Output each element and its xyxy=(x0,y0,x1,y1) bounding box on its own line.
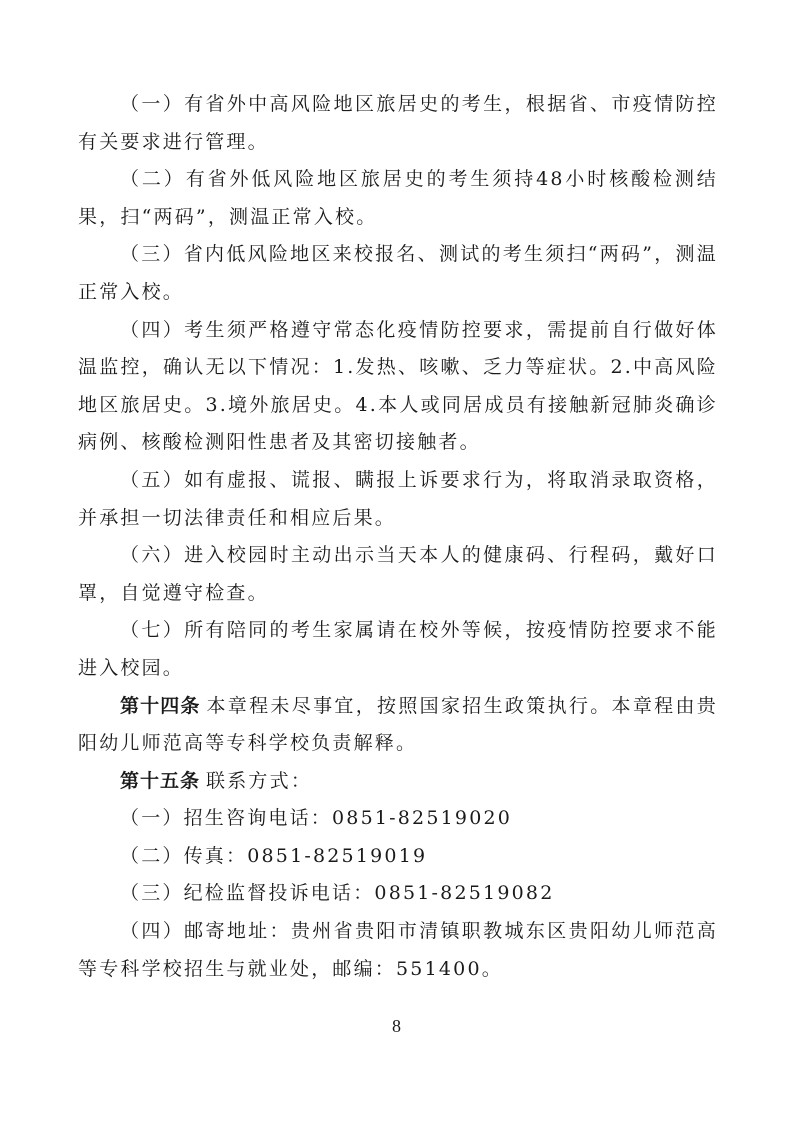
paragraph-item-3: （三）省内低风险地区来校报名、测试的考生须扫“两码”，测温正常入校。 xyxy=(78,236,718,311)
article-heading: 第十四条 xyxy=(120,695,200,717)
article-15: 第十五条联系方式： xyxy=(78,763,718,801)
paragraph-item-7: （七）所有陪同的考生家属请在校外等候，按疫情防控要求不能进入校园。 xyxy=(78,612,718,687)
paragraph-item-5: （五）如有虚报、谎报、瞒报上诉要求行为，将取消录取资格，并承担一切法律责任和相应… xyxy=(78,462,718,537)
paragraph-item-4: （四）考生须严格遵守常态化疫情防控要求，需提前自行做好体温监控，确认无以下情况：… xyxy=(78,312,718,462)
paragraph-item-2: （二）有省外低风险地区旅居史的考生须持48小时核酸检测结果，扫“两码”，测温正常… xyxy=(78,161,718,236)
contact-address: （四）邮寄地址：贵州省贵阳市清镇职教城东区贵阳幼儿师范高等专科学校招生与就业处，… xyxy=(78,913,718,988)
paragraph-text: （三）省内低风险地区来校报名、测试的考生须扫“两码”，测温正常入校。 xyxy=(78,243,718,303)
paragraph-text: （六）进入校园时主动出示当天本人的健康码、行程码，戴好口罩，自觉遵守检查。 xyxy=(78,544,718,604)
paragraph-text: （四）考生须严格遵守常态化疫情防控要求，需提前自行做好体温监控，确认无以下情况：… xyxy=(78,319,718,454)
paragraph-text: （一）有省外中高风险地区旅居史的考生，根据省、市疫情防控有关要求进行管理。 xyxy=(78,93,718,153)
contact-complaint-phone: （三）纪检监督投诉电话：0851-82519082 xyxy=(78,875,718,913)
page-number: 8 xyxy=(0,1016,793,1037)
paragraph-text: （二）有省外低风险地区旅居史的考生须持48小时核酸检测结果，扫“两码”，测温正常… xyxy=(78,168,718,228)
document-body: （一）有省外中高风险地区旅居史的考生，根据省、市疫情防控有关要求进行管理。 （二… xyxy=(78,86,718,988)
paragraph-item-6: （六）进入校园时主动出示当天本人的健康码、行程码，戴好口罩，自觉遵守检查。 xyxy=(78,537,718,612)
paragraph-text: （七）所有陪同的考生家属请在校外等候，按疫情防控要求不能进入校园。 xyxy=(78,619,718,679)
article-heading: 第十五条 xyxy=(120,770,200,792)
paragraph-text: （二）传真：0851-82519019 xyxy=(120,845,427,867)
contact-phone: （一）招生咨询电话：0851-82519020 xyxy=(78,800,718,838)
article-14: 第十四条本章程未尽事宜，按照国家招生政策执行。本章程由贵阳幼儿师范高等专科学校负… xyxy=(78,688,718,763)
paragraph-text: 联系方式： xyxy=(206,770,312,792)
contact-fax: （二）传真：0851-82519019 xyxy=(78,838,718,876)
paragraph-text: （一）招生咨询电话：0851-82519020 xyxy=(120,807,512,829)
paragraph-text: （四）邮寄地址：贵州省贵阳市清镇职教城东区贵阳幼儿师范高等专科学校招生与就业处，… xyxy=(78,920,718,980)
paragraph-text: （五）如有虚报、谎报、瞒报上诉要求行为，将取消录取资格，并承担一切法律责任和相应… xyxy=(78,469,718,529)
paragraph-item-1: （一）有省外中高风险地区旅居史的考生，根据省、市疫情防控有关要求进行管理。 xyxy=(78,86,718,161)
paragraph-text: （三）纪检监督投诉电话：0851-82519082 xyxy=(120,882,554,904)
